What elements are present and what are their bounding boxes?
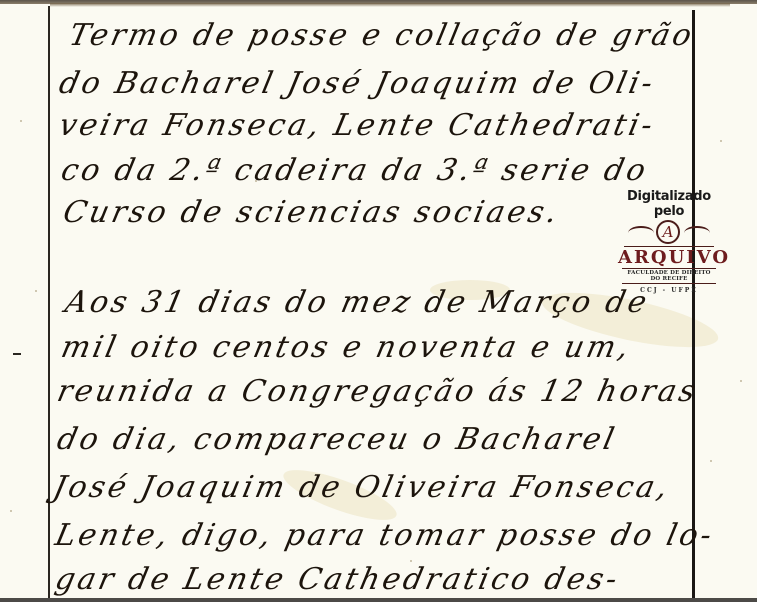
paper-speck — [10, 510, 12, 512]
manuscript-line-10: José Joaquim de Oliveira Fonseca, — [50, 470, 674, 505]
manuscript-line-6: Aos 31 dias do mez de Março de — [62, 285, 653, 320]
paper-speck — [35, 290, 37, 292]
manuscript-line-3: veira Fonseca, Lente Cathedrati- — [56, 108, 659, 143]
archive-watermark-logo: Digitalizado pelo A ARQUIVO FACULDADE DE… — [618, 189, 720, 294]
watermark-subtitle: FACULDADE DE DIREITO DO RECIFE — [622, 268, 716, 284]
manuscript-line-2: do Bacharel José Joaquim de Oli- — [56, 66, 659, 101]
paper-speck — [20, 120, 22, 122]
manuscript-line-4: co da 2.ª cadeira da 3.ª serie do — [58, 153, 652, 188]
paper-speck — [710, 460, 712, 462]
watermark-top-text: Digitalizado pelo — [618, 189, 720, 219]
manuscript-line-12: gar de Lente Cathedratico des- — [52, 562, 623, 597]
manuscript-line-8: reunida a Congregação ás 12 horas — [54, 374, 701, 409]
right-margin-line — [692, 10, 695, 598]
manuscript-line-11: Lente, digo, para tomar posse do lo- — [52, 518, 718, 553]
manuscript-line-7: mil oito centos e noventa e um, — [58, 330, 635, 365]
scroll-ornament-icon — [684, 226, 710, 240]
scroll-ornament-icon — [628, 226, 654, 240]
manuscript-line-1: Termo de posse e collação de grão — [66, 18, 698, 53]
page-bottom-edge — [0, 598, 757, 602]
manuscript-line-5: Curso de sciencias sociaes. — [60, 195, 563, 230]
manuscript-line-9: do dia, compareceu o Bacharel — [54, 422, 620, 457]
manuscript-page: Termo de posse e collação de grão do Bac… — [0, 0, 757, 598]
emblem-letter: A — [656, 220, 680, 244]
watermark-org: CCJ - UFPE — [618, 287, 720, 294]
left-margin-line — [48, 6, 50, 598]
paper-speck — [740, 380, 742, 382]
page-top-shadow — [50, 3, 730, 7]
paper-speck — [720, 140, 722, 142]
margin-dash-mark — [13, 353, 21, 355]
archive-emblem-icon: A — [618, 220, 720, 246]
watermark-name: ARQUIVO — [618, 248, 720, 267]
